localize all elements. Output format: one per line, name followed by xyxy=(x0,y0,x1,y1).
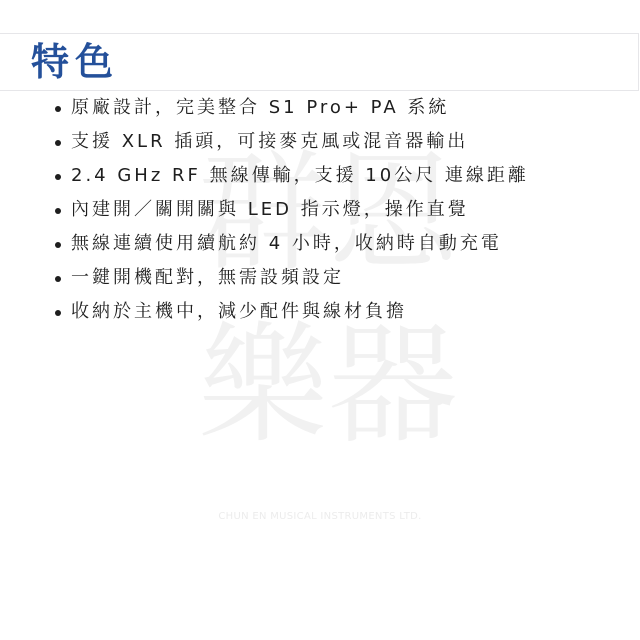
bullet-icon xyxy=(55,174,61,180)
feature-item: 一鍵開機配對，無需設頻設定 xyxy=(0,264,529,298)
bullet-icon xyxy=(55,276,61,282)
feature-item: 無線連續使用續航約 4 小時，收納時自動充電 xyxy=(0,230,529,264)
feature-item: 收納於主機中，減少配件與線材負擔 xyxy=(0,298,529,332)
bullet-icon xyxy=(55,106,61,112)
bullet-icon xyxy=(55,242,61,248)
feature-list: 原廠設計，完美整合 S1 Pro+ PA 系統 支援 XLR 插頭，可接麥克風或… xyxy=(0,94,529,332)
watermark-brand-bottom: 樂器 xyxy=(198,320,458,450)
bullet-icon xyxy=(55,310,61,316)
section-header: 特色 xyxy=(0,33,639,91)
watermark-caption: CHUN EN MUSICAL INSTRUMENTS LTD. xyxy=(0,511,640,522)
section-title: 特色 xyxy=(31,38,119,86)
feature-text: 內建開／關開關與 LED 指示燈，操作直覺 xyxy=(71,199,469,220)
feature-item: 原廠設計，完美整合 S1 Pro+ PA 系統 xyxy=(0,94,529,128)
feature-item: 2.4 GHz RF 無線傳輸，支援 10公尺 連線距離 xyxy=(0,162,529,196)
feature-text: 一鍵開機配對，無需設頻設定 xyxy=(71,267,344,288)
feature-item: 內建開／關開關與 LED 指示燈，操作直覺 xyxy=(0,196,529,230)
feature-text: 原廠設計，完美整合 S1 Pro+ PA 系統 xyxy=(71,97,449,118)
feature-text: 2.4 GHz RF 無線傳輸，支援 10公尺 連線距離 xyxy=(71,165,529,186)
feature-text: 無線連續使用續航約 4 小時，收納時自動充電 xyxy=(71,233,502,254)
feature-text: 收納於主機中，減少配件與線材負擔 xyxy=(71,301,407,322)
feature-item: 支援 XLR 插頭，可接麥克風或混音器輸出 xyxy=(0,128,529,162)
bullet-icon xyxy=(55,208,61,214)
feature-text: 支援 XLR 插頭，可接麥克風或混音器輸出 xyxy=(71,131,468,152)
bullet-icon xyxy=(55,140,61,146)
